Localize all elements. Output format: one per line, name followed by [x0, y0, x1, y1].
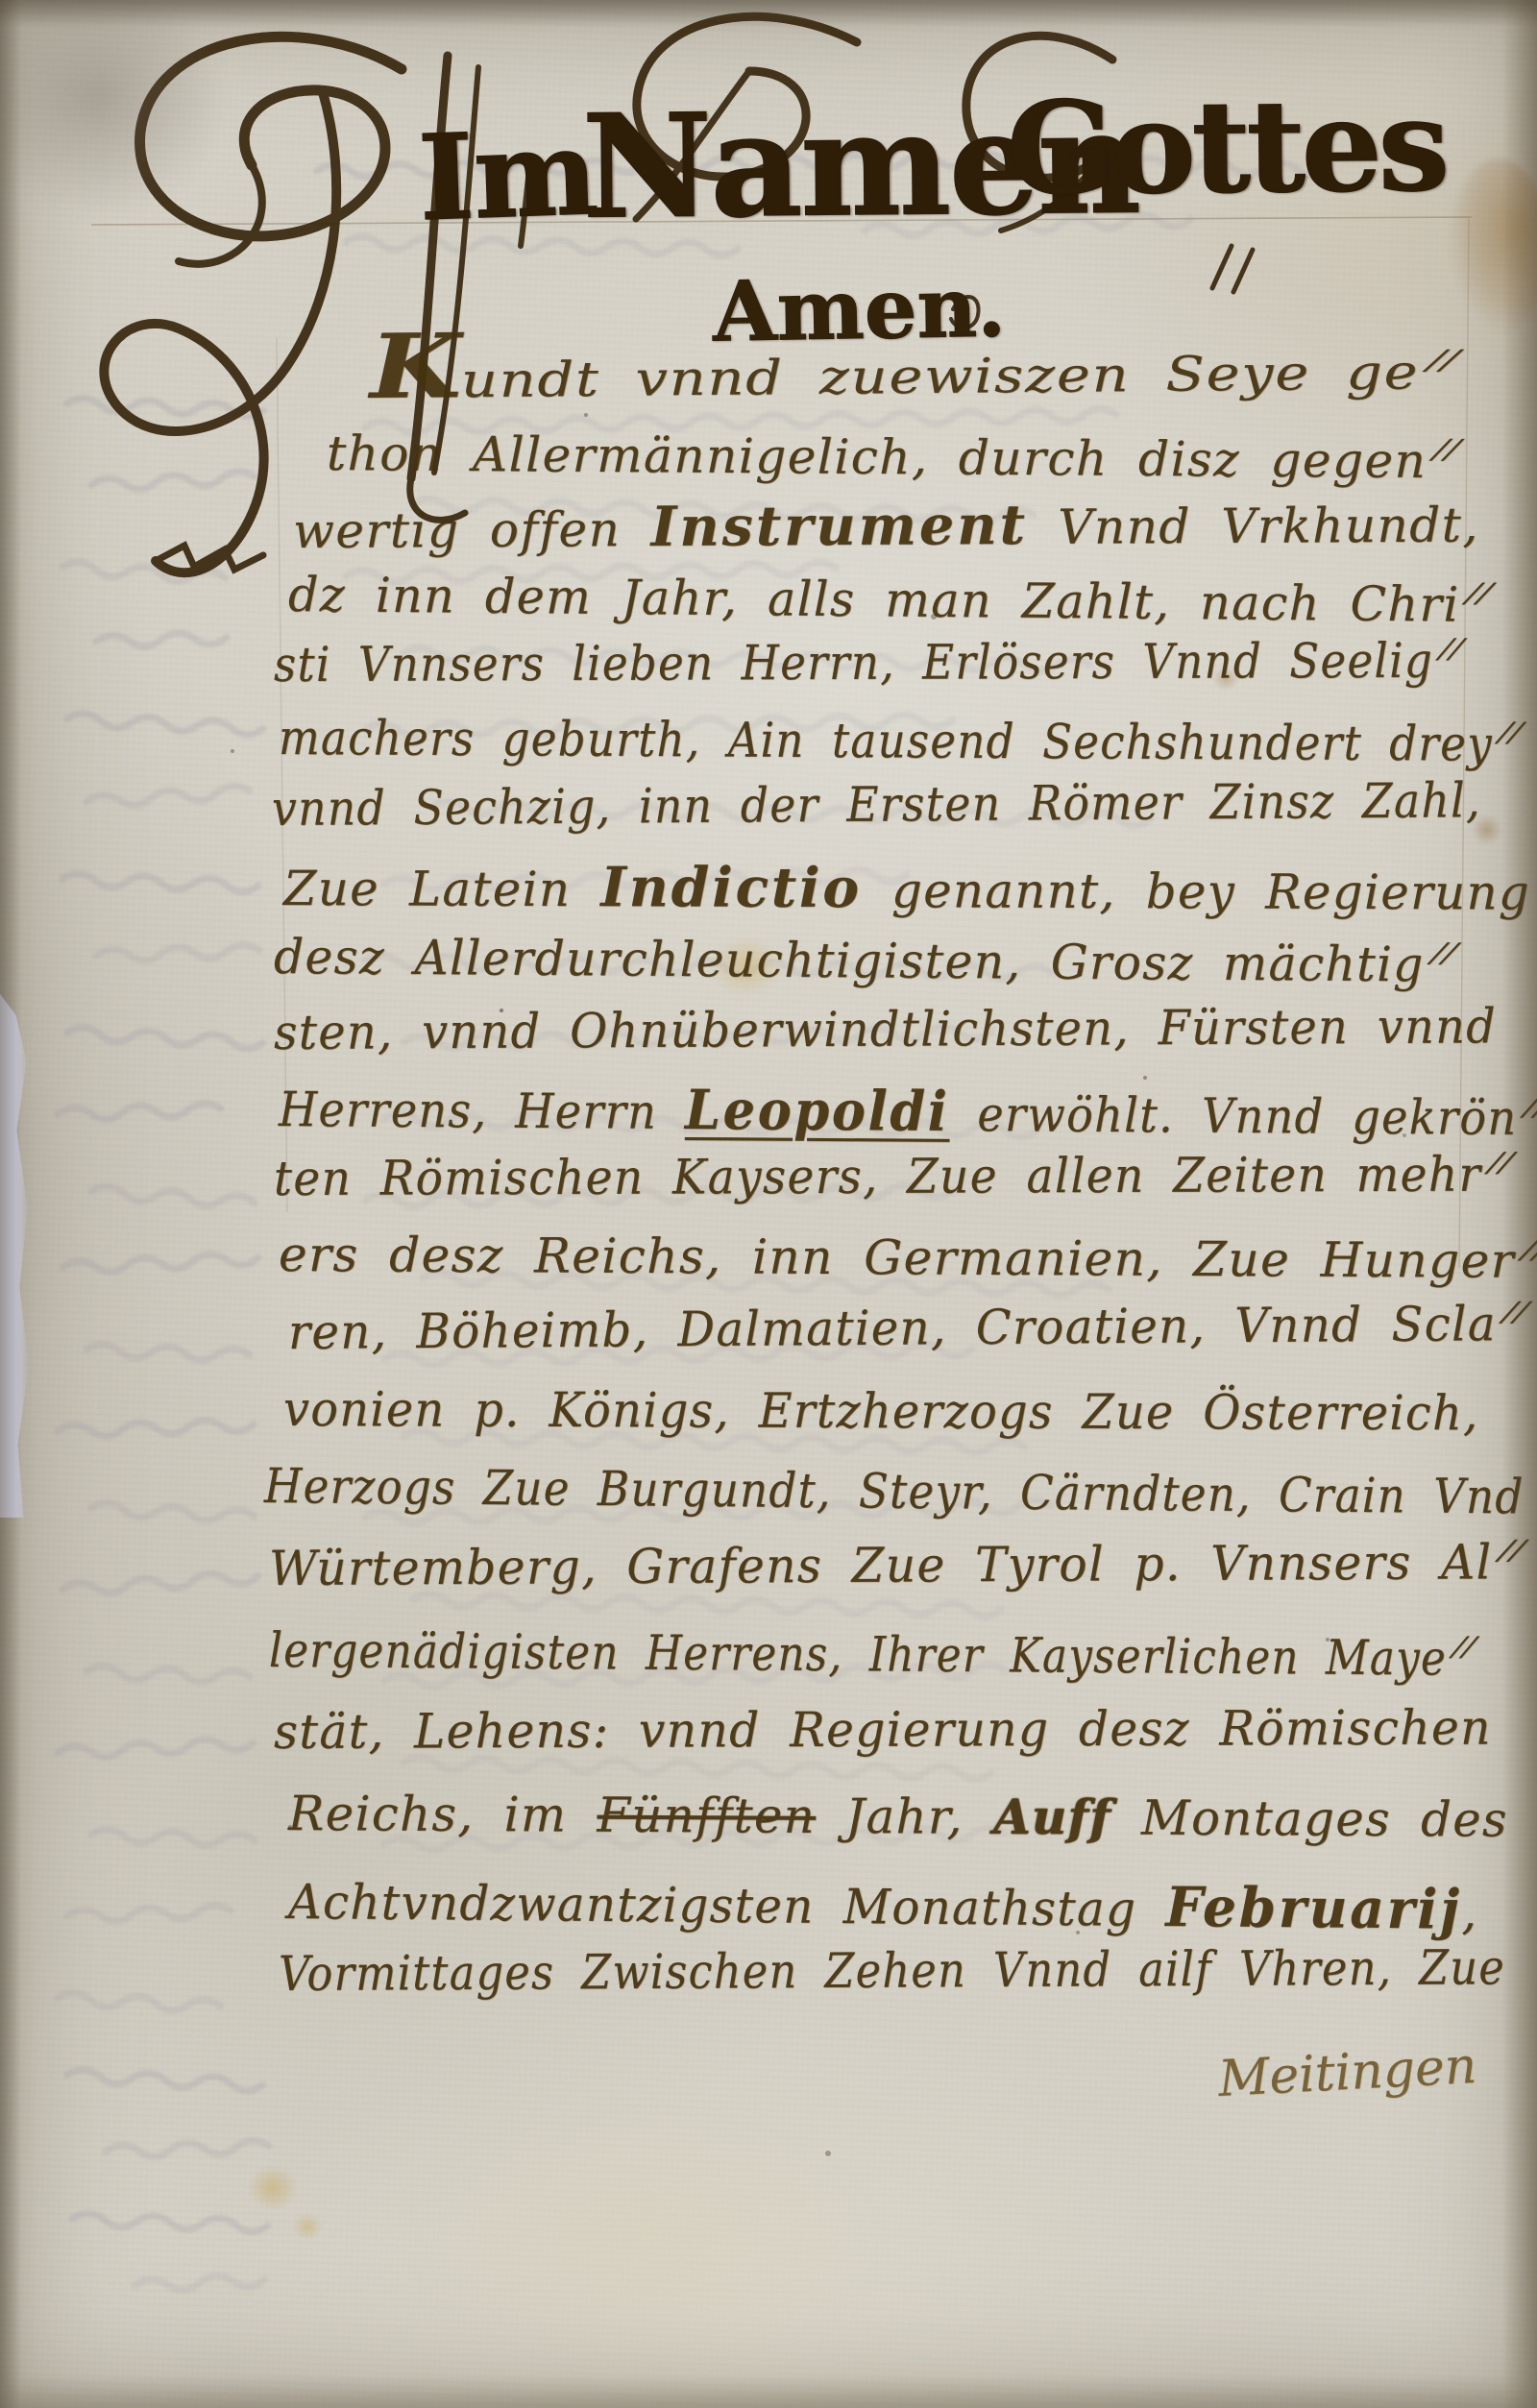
line-segment: ers desz Reichs, inn Germanien, Zue Hung…	[279, 1227, 1515, 1289]
manuscript-line: thon Allermännigelich, durch disz gegen/…	[327, 426, 1460, 489]
line-segment: K	[369, 313, 461, 419]
manuscript-line: ten Römischen Kaysers, Zue allen Zeiten …	[274, 1146, 1513, 1206]
manuscript-line: vnnd Sechzig, inn der Ersten Römer Zinsz…	[272, 772, 1481, 837]
manuscript-line: Achtvndzwantzigsten Monathstag Februarij…	[288, 1867, 1478, 1942]
line-segment: wertig offen	[293, 501, 651, 559]
line-segment: lergenädigisten Herrens, Ihrer Kayserlic…	[269, 1622, 1447, 1687]
manuscript-line: Zue Latein Indictio genannt, bey Regieru…	[283, 854, 1530, 923]
manuscript-line: vonien p. Königs, Ertzherzogs Zue Österr…	[283, 1381, 1479, 1441]
line-segment: Vormittages Zwischen Zehen Vnnd ailf Vhr…	[279, 1939, 1505, 2002]
line-segment: Achtvndzwantzigsten Monathstag	[288, 1874, 1166, 1937]
line-segment: Herrens, Herrn	[279, 1082, 685, 1140]
line-break-mark: //	[1499, 1296, 1534, 1327]
line-segment: Herzogs Zue Burgundt, Steyr, Cärndten, C…	[264, 1458, 1525, 1524]
line-break-mark: //	[1484, 1146, 1520, 1178]
line-break-mark: //	[1495, 1534, 1531, 1566]
manuscript-line: stät, Lehens: vnnd Regierung desz Römisc…	[274, 1700, 1492, 1760]
line-segment: stät, Lehens: vnnd Regierung desz Römisc…	[274, 1700, 1492, 1760]
line-segment: vnnd Sechzig, inn der Ersten Römer Zinsz…	[272, 772, 1481, 837]
line-break-mark: //	[1520, 1090, 1537, 1122]
manuscript-line: Würtemberg, Grafens Zue Tyrol p. Vnnsers…	[269, 1534, 1525, 1596]
manuscript-line: desz Allerdurchleuchtigisten, Grosz mäch…	[274, 929, 1456, 993]
line-segment: dz inn dem Jahr, alls man Zahlt, nach Ch…	[288, 567, 1460, 633]
manuscript-line: ren, Böheimb, Dalmatien, Croatien, Vnnd …	[288, 1296, 1528, 1360]
line-segment: Indictio	[600, 855, 862, 920]
line-segment: ,	[1461, 1885, 1477, 1940]
line-segment: Reichs, im	[288, 1786, 598, 1843]
manuscript-line: lergenädigisten Herrens, Ihrer Kayserlic…	[269, 1622, 1476, 1687]
line-segment: Montages des	[1111, 1789, 1508, 1847]
line-segment: genannt, bey Regierung	[862, 863, 1530, 920]
manuscript-line: sten, vnnd Ohnüberwindtlichsten, Fürsten…	[274, 998, 1497, 1060]
line-segment: ren, Böheimb, Dalmatien, Croatien, Vnnd …	[288, 1296, 1497, 1360]
line-break-mark: //	[1427, 936, 1463, 968]
manuscript-line: dz inn dem Jahr, alls man Zahlt, nach Ch…	[288, 567, 1493, 633]
line-break-mark: //	[1462, 577, 1500, 609]
manuscript-line: Kundt vnnd zuewiszen Seye ge//	[370, 344, 1458, 409]
manuscript-line: Reichs, im Fünfften Jahr, Auff Montages …	[288, 1785, 1508, 1848]
line-segment: Fünfften	[597, 1788, 816, 1844]
line-break-mark: //	[1518, 1233, 1537, 1265]
manuscript-line: wertig offen Instrument Vnnd Vrkhundt,	[293, 491, 1479, 561]
line-segment: Februarij	[1165, 1875, 1462, 1942]
line-segment: sti Vnnsers lieben Herrn, Erlösers Vnnd …	[274, 633, 1433, 693]
line-break-mark: //	[1495, 717, 1528, 748]
line-segment: Jahr,	[816, 1788, 993, 1845]
manuscript-line: Vormittages Zwischen Zehen Vnnd ailf Vhr…	[279, 1939, 1505, 2002]
line-segment: sten, vnnd Ohnüberwindtlichsten, Fürsten…	[274, 998, 1497, 1060]
line-break-mark: //	[1429, 433, 1467, 465]
line-segment: Auff	[993, 1788, 1111, 1846]
line-segment: Instrument	[650, 493, 1028, 559]
line-segment: ten Römischen Kaysers, Zue allen Zeiten …	[274, 1147, 1482, 1206]
line-segment: Zue Latein	[283, 861, 601, 917]
manuscript-line: ers desz Reichs, inn Germanien, Zue Hung…	[279, 1227, 1537, 1289]
line-segment: vonien p. Königs, Ertzherzogs Zue Österr…	[283, 1381, 1479, 1441]
manuscript-page: Im Namen Gottes Amen. Kundt vnnd zuewisz…	[0, 0, 1537, 2408]
line-segment: Würtemberg, Grafens Zue Tyrol p. Vnnsers…	[269, 1534, 1493, 1596]
line-segment: thon Allermännigelich, durch disz gegen	[327, 426, 1427, 489]
line-segment: machers geburth, Ain tausend Sechshunder…	[279, 710, 1493, 772]
line-segment: Leopoldi	[685, 1078, 950, 1144]
manuscript-line: Herzogs Zue Burgundt, Steyr, Cärndten, C…	[264, 1458, 1525, 1524]
manuscript-line: machers geburth, Ain tausend Sechshunder…	[279, 710, 1523, 772]
line-break-mark: //	[1449, 1631, 1481, 1663]
line-segment: desz Allerdurchleuchtigisten, Grosz mäch…	[274, 929, 1425, 992]
line-break-mark: //	[1435, 633, 1469, 665]
manuscript-line: Herrens, Herrn Leopoldi erwöhlt. Vnnd ge…	[279, 1075, 1537, 1148]
line-segment: erwöhlt. Vnnd gekrön	[949, 1086, 1517, 1146]
line-segment: Vnnd Vrkhundt,	[1028, 498, 1479, 555]
line-break-mark: //	[1422, 344, 1466, 376]
line-segment: undt vnnd zuewiszen Seye ge	[461, 344, 1420, 408]
manuscript-line: sti Vnnsers lieben Herrn, Erlösers Vnnd …	[274, 633, 1463, 693]
